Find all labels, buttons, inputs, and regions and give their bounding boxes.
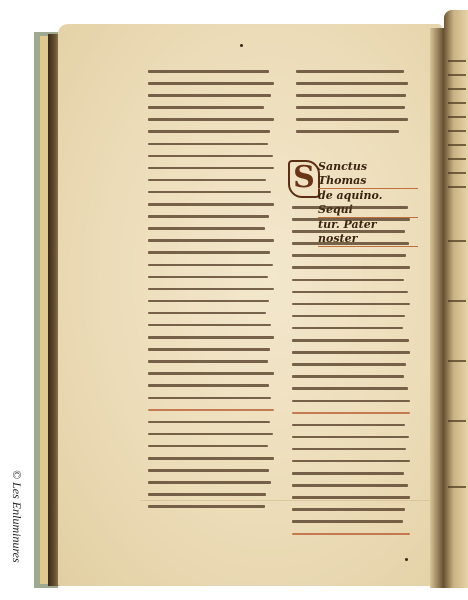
facing-text-line xyxy=(448,88,466,90)
facing-text-line xyxy=(448,130,466,132)
facing-page xyxy=(444,10,468,588)
facing-text-line xyxy=(448,144,466,146)
facing-text-line xyxy=(448,486,466,488)
right-text-column-bottom xyxy=(292,206,410,545)
left-text-column xyxy=(148,70,274,517)
facing-text-line xyxy=(448,102,466,104)
page-dot xyxy=(240,44,243,47)
page-dot xyxy=(405,558,408,561)
copyright-credit: © Les Enluminures xyxy=(9,470,24,563)
facing-text-line xyxy=(448,74,466,76)
facing-text-line xyxy=(448,116,466,118)
decorated-initial: S xyxy=(288,160,320,198)
facing-text-line xyxy=(448,158,466,160)
facing-text-line xyxy=(448,420,466,422)
right-text-column-top xyxy=(296,70,408,143)
rubric-line: Sanctus Thomas xyxy=(318,160,418,189)
facing-text-line xyxy=(448,172,466,174)
facing-text-line xyxy=(448,360,466,362)
facing-text-line xyxy=(448,186,466,188)
facing-text-line xyxy=(448,240,466,242)
facing-text-line xyxy=(448,60,466,62)
facing-text-line xyxy=(448,300,466,302)
